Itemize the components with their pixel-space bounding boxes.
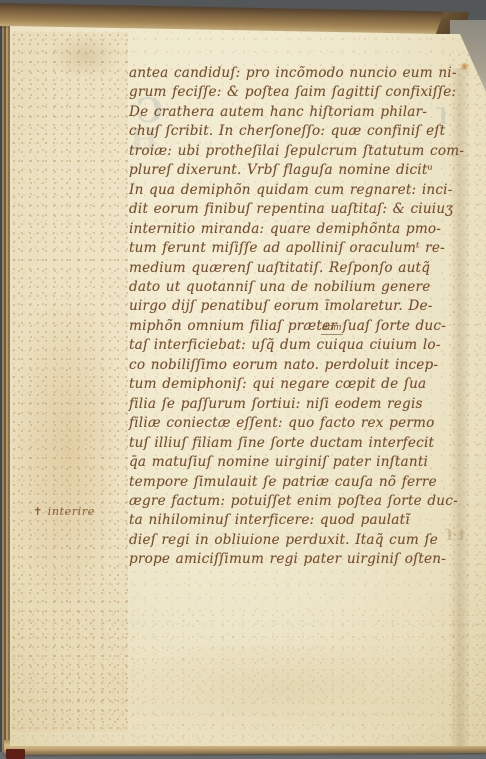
text-line: In qua demiphõn quidam cum regnaret: inc… <box>129 181 464 200</box>
manuscript-text-block: antea candiduſ: pro incõmodo nuncio eum … <box>129 64 464 570</box>
text-line: internitio miranda: quare demiphõnta pmo… <box>129 220 464 239</box>
text-line: uirgo dijſ penatibuſ eorum īmolaretur. D… <box>129 297 464 316</box>
text-line: q̄a matuſiuſ nomine uirginiſ pater inſta… <box>129 453 464 472</box>
cross-icon: ✝ <box>33 505 43 518</box>
text-line: troiæ: ubi protheſilai ſepulcrum ſtatutu… <box>129 142 464 161</box>
text-line: dato ut quotanniſ una de nobilium genere <box>129 278 464 297</box>
text-line: miphõn omnium filiaſ præter ſuaſ ſorte d… <box>129 317 464 336</box>
stain-blotch <box>12 282 124 612</box>
text-line: dit eorum finibuſ repentina uaſtitaſ: & … <box>129 200 464 219</box>
stain-blotch <box>48 32 122 80</box>
photo-backdrop: C H ſ t·f antea candiduſ: pro incõmodo n… <box>0 0 486 759</box>
text-line: De crathera autem hanc hiſtoriam philar- <box>129 103 464 122</box>
marginal-note-text: interire <box>48 504 95 518</box>
text-line: tum ferunt miſiſſe ad apolliniſ oraculum… <box>129 239 464 258</box>
text-line: dieſ regi in obliuione perduxit. Itaq̃ c… <box>129 531 464 550</box>
marginal-note: ✝interire <box>33 504 95 518</box>
text-line: tum demiphoniſ: qui negare cœpit de ſua <box>129 375 464 394</box>
text-line: tuſ illiuſ filiam ſine ſorte ductam inte… <box>129 434 464 453</box>
text-line: medium quærenſ uaſtitatiſ. Reſponſo autq… <box>129 259 464 278</box>
text-line: ta nihilominuſ interficere: quod paulatĩ <box>129 511 464 530</box>
text-line: tempore ſimulauit ſe patriæ cauſa nõ fer… <box>129 473 464 492</box>
text-line: plureſ dixerunt. Vrbſ flaguſa nomine dic… <box>129 161 464 180</box>
stain-blotch <box>98 638 470 738</box>
text-line: ægre factum: potuiſſet enim poſtea ſorte… <box>129 492 464 511</box>
bottom-mottling <box>10 612 486 746</box>
left-margin-mottling <box>12 32 128 732</box>
interlinear-addition: dam <box>321 324 343 335</box>
text-line: taſ interficiebat: uſq̃ dum cuiqua ciuiu… <box>129 336 464 355</box>
text-line: prope amiciſſimum regi pater uirginiſ oſ… <box>129 550 464 569</box>
text-line: co nobiliſſimo eorum nato. perdoluit inc… <box>129 356 464 375</box>
binding-red-mark <box>6 749 25 759</box>
text-line: chuſ ſcribit. In cherſoneſſo: quæ confin… <box>129 122 464 141</box>
text-line: filiæ coniectæ eſſent: quo facto rex per… <box>129 414 464 433</box>
text-line: antea candiduſ: pro incõmodo nuncio eum … <box>129 64 464 83</box>
text-line: grum feciſſe: & poſtea ſaim ſagittiſ con… <box>129 83 464 102</box>
text-line: filia ſe paſſurum ſortiui: niſi eodem re… <box>129 395 464 414</box>
